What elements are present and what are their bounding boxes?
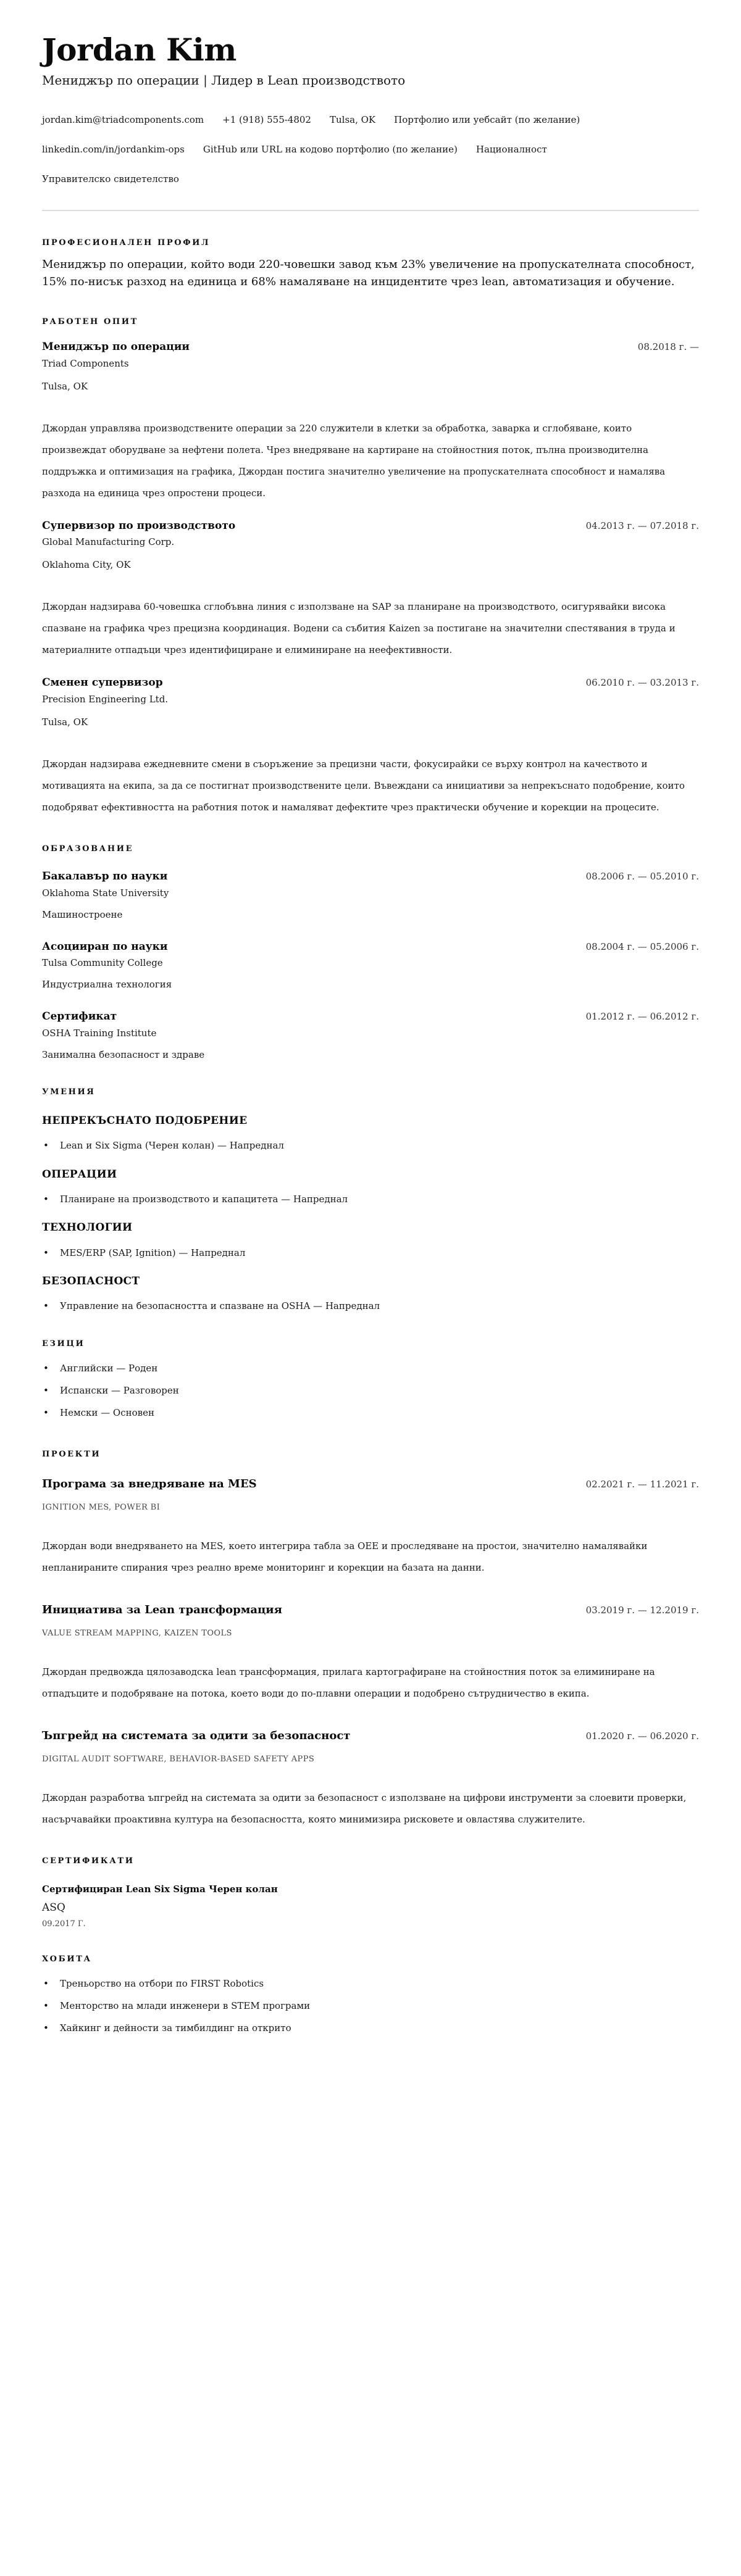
resume-page: Jordan Kim Мениджър по операции | Лидер …: [0, 0, 741, 2076]
section-skills: Умения НЕПРЕКЪСНАТО ПОДОБРЕНИЕ Lean и Si…: [42, 1087, 699, 1313]
skill-item: Управление на безопасността и спазване н…: [42, 1299, 699, 1313]
section-title-hobbies: Хобита: [42, 1955, 699, 1964]
education-dates: 08.2004 г. — 05.2006 г.: [586, 941, 699, 952]
section-title-languages: Езици: [42, 1339, 699, 1348]
hobby-item: Треньорство на отбори по FIRST Robotics: [42, 1972, 699, 1995]
project-name: Програма за внедряване на MES: [42, 1476, 257, 1492]
language-list: Английски — Роден Испански — Разговорен …: [42, 1357, 699, 1424]
section-profile: Професионален профил Мениджър по операци…: [42, 238, 699, 292]
section-title-skills: Умения: [42, 1087, 699, 1097]
job-company: Precision Engineering Ltd.: [42, 693, 699, 706]
study-field: Машиностроене: [42, 908, 699, 921]
education-dates: 08.2006 г. — 05.2010 г.: [586, 871, 699, 882]
school-name: Tulsa Community College: [42, 957, 699, 970]
contact-driving-license: Управителско свидетелство: [42, 164, 179, 194]
section-title-certifications: Сертификати: [42, 1856, 699, 1866]
project-dates: 02.2021 г. — 11.2021 г.: [586, 1479, 699, 1490]
profile-summary: Мениджър по операции, който води 220-чов…: [42, 256, 699, 292]
degree-title: Асоцииран по науки: [42, 940, 168, 955]
contact-portfolio[interactable]: Портфолио или уебсайт (по желание): [394, 105, 580, 135]
experience-entry: Мениджър по операции 08.2018 г. — Triad …: [42, 340, 699, 504]
study-field: Индустриална технология: [42, 978, 699, 991]
section-hobbies: Хобита Треньорство на отбори по FIRST Ro…: [42, 1955, 699, 2039]
candidate-name: Jordan Kim: [42, 32, 699, 68]
section-education: Образование Бакалавър по науки 08.2006 г…: [42, 844, 699, 1062]
job-location: Oklahoma City, OK: [42, 559, 699, 571]
hobby-item: Менторство на млади инженери в STEM прог…: [42, 1995, 699, 2017]
degree-title: Сертификат: [42, 1010, 117, 1024]
language-item: Английски — Роден: [42, 1357, 699, 1379]
contact-github[interactable]: GitHub или URL на кодово портфолио (по ж…: [203, 135, 458, 164]
job-dates: 04.2013 г. — 07.2018 г.: [586, 520, 699, 531]
project-dates: 01.2020 г. — 06.2020 г.: [586, 1730, 699, 1742]
skill-group: БЕЗОПАСНОСТ Управление на безопасността …: [42, 1274, 699, 1313]
certification-date: 09.2017 г.: [42, 1919, 699, 1929]
degree-title: Бакалавър по науки: [42, 870, 167, 884]
section-projects: Проекти Програма за внедряване на MES 02…: [42, 1450, 699, 1830]
candidate-headline: Мениджър по операции | Лидер в Lean прои…: [42, 72, 699, 89]
contact-linkedin[interactable]: linkedin.com/in/jordankim-ops: [42, 135, 185, 164]
job-dates: 08.2018 г. —: [638, 341, 699, 352]
skill-item: Планиране на производството и капацитета…: [42, 1192, 699, 1207]
contact-phone[interactable]: +1 (918) 555-4802: [222, 105, 311, 135]
skill-group-title: НЕПРЕКЪСНАТО ПОДОБРЕНИЕ: [42, 1114, 699, 1128]
contact-location: Tulsa, OK: [330, 105, 375, 135]
skill-group: ОПЕРАЦИИ Планиране на производството и к…: [42, 1168, 699, 1207]
contact-nationality: Националност: [476, 135, 547, 164]
section-experience: Работен опит Мениджър по операции 08.201…: [42, 317, 699, 818]
hobby-list: Треньорство на отбори по FIRST Robotics …: [42, 1972, 699, 2039]
certification-issuer: ASQ: [42, 1901, 699, 1914]
header-divider: [42, 210, 699, 211]
contact-list: jordan.kim@triadcomponents.com +1 (918) …: [42, 105, 699, 194]
section-title-education: Образование: [42, 844, 699, 854]
skill-item: Lean и Six Sigma (Черен колан) — Напредн…: [42, 1139, 699, 1153]
job-title: Супервизор по производството: [42, 519, 235, 534]
job-company: Global Manufacturing Corp.: [42, 536, 699, 549]
skill-group: НЕПРЕКЪСНАТО ПОДОБРЕНИЕ Lean и Six Sigma…: [42, 1114, 699, 1153]
skill-group-title: ОПЕРАЦИИ: [42, 1168, 699, 1181]
job-location: Tulsa, OK: [42, 380, 699, 393]
section-title-experience: Работен опит: [42, 317, 699, 326]
contact-email[interactable]: jordan.kim@triadcomponents.com: [42, 105, 204, 135]
job-description: Джордан управлява производствените опера…: [42, 418, 699, 504]
project-entry: Ъпгрейд на системата за одити за безопас…: [42, 1728, 699, 1830]
skill-list: Планиране на производството и капацитета…: [42, 1192, 699, 1207]
study-field: Занимална безопасност и здраве: [42, 1049, 699, 1062]
skill-list: Управление на безопасността и спазване н…: [42, 1299, 699, 1313]
school-name: OSHA Training Institute: [42, 1027, 699, 1040]
skill-group-title: ТЕХНОЛОГИИ: [42, 1221, 699, 1234]
project-description: Джордан води внедряването на MES, което …: [42, 1535, 699, 1579]
hobby-item: Хайкинг и дейности за тимбилдинг на откр…: [42, 2017, 699, 2039]
education-dates: 01.2012 г. — 06.2012 г.: [586, 1011, 699, 1022]
language-item: Немски — Основен: [42, 1402, 699, 1424]
skill-list: Lean и Six Sigma (Черен колан) — Напредн…: [42, 1139, 699, 1153]
education-entry: Асоцииран по науки 08.2004 г. — 05.2006 …: [42, 940, 699, 992]
project-name: Ъпгрейд на системата за одити за безопас…: [42, 1728, 350, 1743]
project-tech: Value Stream Mapping, Kaizen Tools: [42, 1629, 699, 1638]
job-description: Джордан надзирава 60-човешка сглобъвна л…: [42, 596, 699, 661]
language-item: Испански — Разговорен: [42, 1379, 699, 1402]
project-tech: Ignition MES, Power BI: [42, 1503, 699, 1512]
project-description: Джордан разработва ъпгрейд на системата …: [42, 1787, 699, 1830]
skill-item: MES/ERP (SAP, Ignition) — Напреднал: [42, 1246, 699, 1260]
job-title: Сменен супервизор: [42, 676, 163, 691]
project-entry: Програма за внедряване на MES 02.2021 г.…: [42, 1476, 699, 1579]
section-languages: Езици Английски — Роден Испански — Разго…: [42, 1339, 699, 1424]
project-tech: Digital Audit Software, Behavior-Based S…: [42, 1755, 699, 1764]
skill-group: ТЕХНОЛОГИИ MES/ERP (SAP, Ignition) — Нап…: [42, 1221, 699, 1260]
job-dates: 06.2010 г. — 03.2013 г.: [586, 677, 699, 688]
skill-group-title: БЕЗОПАСНОСТ: [42, 1274, 699, 1288]
job-location: Tulsa, OK: [42, 716, 699, 729]
certification-name: Сертифициран Lean Six Sigma Черен колан: [42, 1883, 699, 1896]
section-title-projects: Проекти: [42, 1450, 699, 1459]
project-description: Джордан предвожда цялозаводска lean тран…: [42, 1661, 699, 1705]
education-entry: Бакалавър по науки 08.2006 г. — 05.2010 …: [42, 870, 699, 921]
skill-list: MES/ERP (SAP, Ignition) — Напреднал: [42, 1246, 699, 1260]
school-name: Oklahoma State University: [42, 887, 699, 900]
section-certifications: Сертификати Сертифициран Lean Six Sigma …: [42, 1856, 699, 1929]
project-entry: Инициатива за Lean трансформация 03.2019…: [42, 1602, 699, 1705]
experience-entry: Сменен супервизор 06.2010 г. — 03.2013 г…: [42, 676, 699, 818]
education-entry: Сертификат 01.2012 г. — 06.2012 г. OSHA …: [42, 1010, 699, 1062]
project-name: Инициатива за Lean трансформация: [42, 1602, 282, 1618]
project-dates: 03.2019 г. — 12.2019 г.: [586, 1605, 699, 1616]
job-company: Triad Components: [42, 357, 699, 370]
section-title-profile: Професионален профил: [42, 238, 699, 247]
certification-entry: Сертифициран Lean Six Sigma Черен колан …: [42, 1883, 699, 1929]
job-title: Мениджър по операции: [42, 340, 190, 355]
job-description: Джордан надзирава ежедневните смени в съ…: [42, 754, 699, 818]
experience-entry: Супервизор по производството 04.2013 г. …: [42, 519, 699, 662]
resume-header: Jordan Kim Мениджър по операции | Лидер …: [42, 32, 699, 211]
